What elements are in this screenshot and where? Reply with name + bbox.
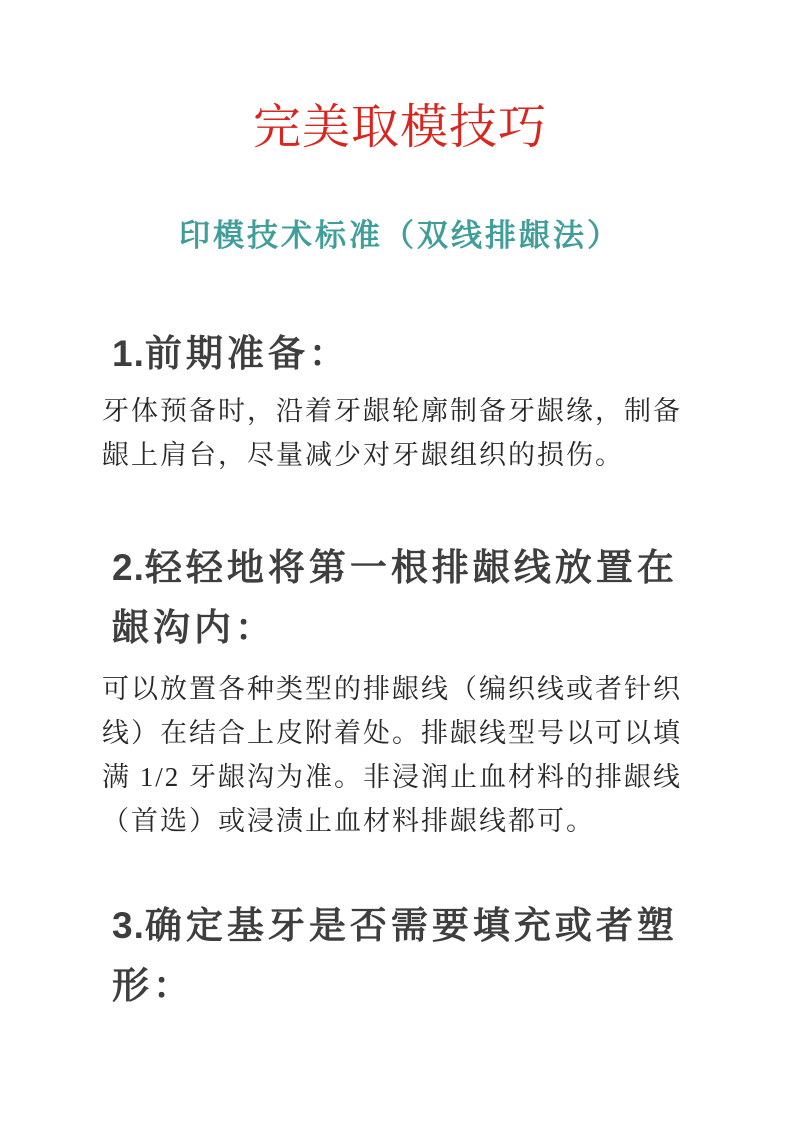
section-heading: 1.前期准备： xyxy=(112,324,710,385)
section-body: 牙体预备时，沿着牙龈轮廓制备牙龈缘，制备 龈上肩台，尽量减少对牙龈组织的损伤。 xyxy=(102,389,710,477)
body-line: 牙体预备时，沿着牙龈轮廓制备牙龈缘，制备 xyxy=(102,389,710,433)
heading-line-text: 形： xyxy=(112,957,710,1017)
body-line: 满 1/2 牙龈沟为准。非浸润止血材料的排龈线 xyxy=(102,755,710,799)
heading-line-text: 确定基牙是否需要填充或者塑 xyxy=(145,906,678,947)
heading-line-text: 轻轻地将第一根排龈线放置在 xyxy=(145,548,678,589)
document-page: 完美取模技巧 印模技术标准（双线排龈法） 1.前期准备： 牙体预备时，沿着牙龈轮… xyxy=(0,0,800,1131)
body-line: 线）在结合上皮附着处。排龈线型号以可以填 xyxy=(102,711,710,755)
body-line: 龈上肩台，尽量减少对牙龈组织的损伤。 xyxy=(102,433,710,477)
section-number: 3. xyxy=(112,905,145,946)
section-number: 1. xyxy=(112,333,145,374)
section-abutment-fill-or-shape: 3.确定基牙是否需要填充或者塑 形： xyxy=(0,896,800,1017)
section-first-cord-placement: 2.轻轻地将第一根排龈线放置在 龈沟内： 可以放置各种类型的排龈线（编织线或者针… xyxy=(0,538,800,843)
body-line: （首选）或浸渍止血材料排龈线都可。 xyxy=(102,799,710,843)
section-body: 可以放置各种类型的排龈线（编织线或者针织 线）在结合上皮附着处。排龈线型号以可以… xyxy=(102,667,710,843)
heading-line-text: 前期准备： xyxy=(145,334,350,375)
body-line: 可以放置各种类型的排龈线（编织线或者针织 xyxy=(102,667,710,711)
document-title: 完美取模技巧 xyxy=(0,0,800,160)
document-subtitle: 印模技术标准（双线排龈法） xyxy=(0,216,800,256)
section-number: 2. xyxy=(112,547,145,588)
section-heading: 2.轻轻地将第一根排龈线放置在 xyxy=(112,538,710,599)
section-heading: 3.确定基牙是否需要填充或者塑 xyxy=(112,896,710,957)
section-preparation: 1.前期准备： 牙体预备时，沿着牙龈轮廓制备牙龈缘，制备 龈上肩台，尽量减少对牙… xyxy=(0,324,800,477)
heading-line-text: 龈沟内： xyxy=(112,599,710,659)
